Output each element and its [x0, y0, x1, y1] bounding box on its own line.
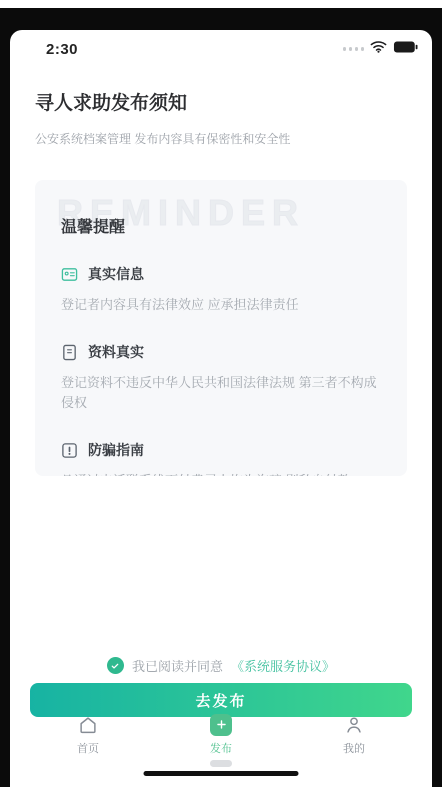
notice-item-description: 凡通过电话联系线下付费寻人均为诈骗 别私自付款: [61, 471, 381, 476]
tab-bar: 首页 发布: [10, 711, 432, 757]
tab-label: 我的: [343, 740, 365, 756]
status-bar: 2:30: [10, 36, 432, 62]
service-agreement-link[interactable]: 《系统服务协议》: [231, 656, 335, 675]
page-subtitle: 公安系统档案管理 发布内容具有保密性和安全性: [35, 130, 407, 147]
wifi-icon: [370, 40, 387, 58]
cellular-signal-icon: [343, 47, 365, 51]
document-icon: [61, 344, 78, 361]
fraud-alert-icon: [61, 442, 78, 459]
agreement-row: 我已阅读并同意 《系统服务协议》: [10, 656, 432, 675]
notice-item-title: 防骗指南: [88, 440, 144, 460]
id-card-icon: [61, 266, 78, 283]
notice-item-real-info: 真实信息 登记者内容具有法律效应 应承担法律责任: [61, 264, 381, 315]
phone-mockup: 2:30: [0, 0, 442, 787]
page-header: 寻人求助发布须知 公安系统档案管理 发布内容具有保密性和安全性: [35, 88, 407, 147]
notice-item-real-material: 资料真实 登记资料不违反中华人民共和国法律法规 第三者不构成侵权: [61, 342, 381, 413]
person-icon: [343, 713, 366, 736]
home-indicator: [144, 771, 299, 776]
tab-publish[interactable]: 发布: [191, 713, 251, 756]
agreement-label: 我已阅读并同意: [132, 656, 223, 675]
page-indicator-pill: [210, 760, 232, 767]
tab-label: 首页: [77, 740, 99, 756]
status-icons: [343, 40, 419, 58]
card-heading: 温馨提醒: [61, 214, 381, 237]
tab-mine[interactable]: 我的: [324, 713, 384, 756]
notice-item-title: 资料真实: [88, 342, 144, 362]
home-icon: [77, 713, 100, 736]
notice-item-title: 真实信息: [88, 264, 144, 284]
app-screen: 2:30: [10, 30, 432, 787]
page-title: 寻人求助发布须知: [35, 88, 407, 115]
tab-label: 发布: [210, 740, 232, 756]
notice-card: REMINDER 温馨提醒 真实信息 登记者内容具有法律效应: [35, 180, 407, 476]
status-time: 2:30: [46, 41, 78, 58]
tab-home[interactable]: 首页: [58, 713, 118, 756]
notice-item-description: 登记资料不违反中华人民共和国法律法规 第三者不构成侵权: [61, 373, 381, 413]
notice-item-description: 登记者内容具有法律效应 应承担法律责任: [61, 295, 381, 315]
phone-bezel: 2:30: [0, 8, 442, 787]
plus-icon: [210, 713, 233, 736]
notice-item-anti-fraud: 防骗指南 凡通过电话联系线下付费寻人均为诈骗 别私自付款: [61, 440, 381, 476]
battery-icon: [393, 40, 418, 58]
agreement-checkbox[interactable]: [107, 657, 124, 674]
